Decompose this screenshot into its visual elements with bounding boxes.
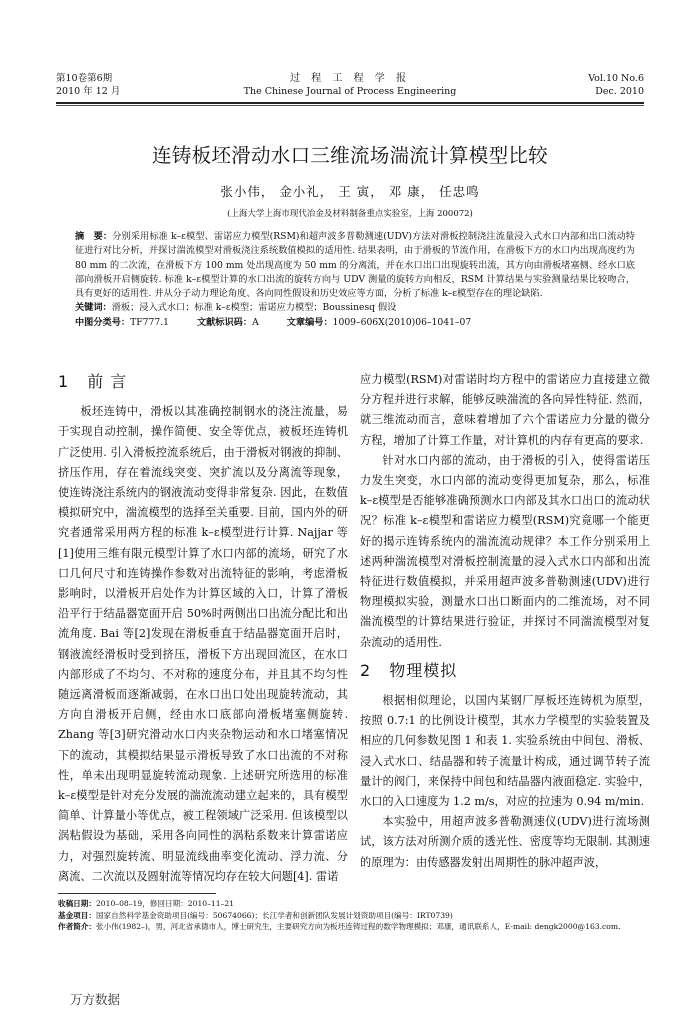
classification-line: 中图分类号：TF777.1 文献标识码：A 文章编号：1009–606X(201… <box>75 316 635 330</box>
section-number: 1 <box>58 372 69 391</box>
clc-number: 中图分类号：TF777.1 <box>75 316 169 330</box>
document-code: 文献标识码：A <box>197 316 259 330</box>
received-value: 2010–08–19，修回日期：2010–11–21 <box>96 898 234 910</box>
watermark: 万方数据 <box>70 990 120 1008</box>
article-no-label: 文章编号： <box>287 317 333 328</box>
received-label: 收稿日期： <box>58 898 96 910</box>
abstract: 摘 要：分别采用标准 k–ε模型、雷诺应力模型(RSM)和超声波多普勒测速(UD… <box>75 230 635 301</box>
header-center: 过 程 工 程 学 报 The Chinese Journal of Proce… <box>56 72 644 98</box>
date-en: Dec. 2010 <box>588 85 644 98</box>
doc-code-value: A <box>252 317 259 328</box>
keywords-label: 关键词： <box>75 302 112 313</box>
paper-title: 连铸板坯滑动水口三维流场湍流计算模型比较 <box>0 140 700 168</box>
author-list: 张小伟， 金小礼， 王 寅， 邓 康， 任忠鸣 <box>0 182 700 200</box>
left-column: 1前 言 板坯连铸中，滑板以其准确控制钢水的浇注流量，易于实现自动控制，操作简便… <box>58 370 348 887</box>
journal-name-cn: 过 程 工 程 学 报 <box>56 72 644 85</box>
right-column: 应力模型(RSM)对雷诺时均方程中的雷诺应力直接建立微分方程并进行求解，能够反映… <box>360 370 650 873</box>
fund-value: 国家自然科学基金资助项目(编号：50674066)；长江学者和创新团队发展计划资… <box>96 910 453 922</box>
footnotes: 收稿日期：2010–08–19，修回日期：2010–11–21 基金项目：国家自… <box>58 898 648 933</box>
abstract-block: 摘 要：分别采用标准 k–ε模型、雷诺应力模型(RSM)和超声波多普勒测速(UD… <box>75 230 635 330</box>
section-heading-1: 1前 言 <box>58 372 348 392</box>
footnote-author: 作者简介：张小伟(1982–)，男，河北省承德市人，博士研究生，主要研究方向为板… <box>58 921 648 933</box>
section-number: 2 <box>360 661 371 680</box>
doc-code-label: 文献标识码： <box>197 317 252 328</box>
keywords: 关键词：滑板；浸入式水口；标准 k–ε模型；雷诺应力模型；Boussinesq … <box>75 301 635 315</box>
header-rule <box>56 102 644 104</box>
paragraph: 本实验中，用超声波多普勒测速仪(UDV)进行流场测试，该方法对所测介质的透光性、… <box>360 812 650 873</box>
section-title: 前 言 <box>87 372 127 391</box>
journal-name-en: The Chinese Journal of Process Engineeri… <box>56 85 644 98</box>
running-header: 第10卷第6期 2010 年 12 月 过 程 工 程 学 报 The Chin… <box>56 72 644 102</box>
fund-label: 基金项目： <box>58 910 96 922</box>
author-bio-label: 作者简介： <box>58 921 96 933</box>
paragraph: 应力模型(RSM)对雷诺时均方程中的雷诺应力直接建立微分方程并进行求解，能够反映… <box>360 370 650 451</box>
article-no-value: 1009–606X(2010)06–1041–07 <box>333 317 472 328</box>
paragraph: 根据相似理论，以国内某钢厂厚板坯连铸机为原型，按照 0.7:1 的比例设计模型，… <box>360 691 650 812</box>
volume-issue-en: Vol.10 No.6 <box>588 72 644 85</box>
section-heading-2: 2物理模拟 <box>360 661 650 681</box>
affiliation: (上海大学上海市现代冶金及材料制备重点实验室，上海 200072) <box>0 207 700 219</box>
section-title: 物理模拟 <box>389 661 457 680</box>
header-right: Vol.10 No.6 Dec. 2010 <box>588 72 644 98</box>
clc-value: TF777.1 <box>130 317 169 328</box>
paragraph: 板坯连铸中，滑板以其准确控制钢水的浇注流量，易于实现自动控制，操作简便、安全等优… <box>58 402 348 887</box>
keywords-text: 滑板；浸入式水口；标准 k–ε模型；雷诺应力模型；Boussinesq 假设 <box>112 302 397 313</box>
abstract-text: 分别采用标准 k–ε模型、雷诺应力模型(RSM)和超声波多普勒测速(UDV)方法… <box>75 231 635 299</box>
footnote-fund: 基金项目：国家自然科学基金资助项目(编号：50674066)；长江学者和创新团队… <box>58 910 648 922</box>
paragraph: 针对水口内部的流动，由于滑板的引入，使得雷诺压力发生突变，水口内部的流动变得更加… <box>360 451 650 653</box>
footnote-received: 收稿日期：2010–08–19，修回日期：2010–11–21 <box>58 898 648 910</box>
footnote-rule <box>58 893 216 894</box>
author-bio-value: 张小伟(1982–)，男，河北省承德市人，博士研究生，主要研究方向为板坯连铸过程… <box>96 921 621 933</box>
clc-label: 中图分类号： <box>75 317 130 328</box>
abstract-label: 摘 要： <box>75 231 112 242</box>
article-number: 文章编号：1009–606X(2010)06–1041–07 <box>287 316 472 330</box>
header-rule-thin <box>56 105 644 106</box>
